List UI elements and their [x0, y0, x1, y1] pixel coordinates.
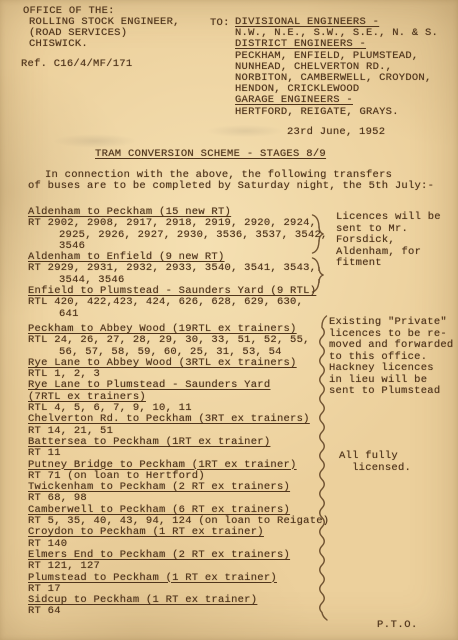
- transfer-section: Peckham to Abbey Wood (19RTL ex trainers…: [28, 324, 350, 358]
- route-heading: Sidcup to Peckham (1 RT ex trainer): [28, 595, 350, 606]
- route-heading: Battersea to Peckham (1RT ex trainer): [28, 437, 350, 448]
- curly-brace-icon: [311, 214, 326, 256]
- annotation-line: fitment: [336, 258, 441, 270]
- transfer-list: Aldenham to Peckham (15 new RT)RT 2902, …: [28, 207, 350, 618]
- intro-line: of buses are to be completed by Saturday…: [28, 181, 434, 192]
- document-date: 23rd June, 1952: [287, 126, 385, 138]
- transfer-section: Twickenham to Peckham (2 RT ex trainers)…: [28, 482, 350, 505]
- transfer-section: Battersea to Peckham (1RT ex trainer)RT …: [28, 437, 350, 460]
- annotation-line: Forsdick,: [336, 235, 441, 247]
- vehicle-numbers-line: RT 2902, 2908, 2917, 2918, 2919, 2920, 2…: [28, 218, 350, 229]
- vehicle-numbers-line: RTL 420, 422,423, 424, 626, 628, 629, 63…: [28, 297, 350, 308]
- curly-brace-icon: [311, 257, 326, 295]
- reference-number: Ref. C16/4/MF/171: [21, 58, 132, 70]
- annotation-line: Hackney licences: [329, 363, 453, 375]
- sender-address-block: OFFICE OF THE:ROLLING STOCK ENGINEER,(RO…: [23, 6, 180, 50]
- transfer-section: Rye Lane to Abbey Wood (3RTL ex trainers…: [28, 358, 350, 381]
- annotation-note: Existing "Private"licences to be re-move…: [329, 317, 453, 398]
- transfer-section: Plumstead to Peckham (1 RT ex trainer)RT…: [28, 573, 350, 596]
- annotation-line: sent to Plumstead: [329, 386, 453, 398]
- annotation-line: moved and forwarded: [329, 340, 453, 352]
- pto-label: P.T.O.: [377, 619, 418, 631]
- vehicle-numbers-line: RT 64: [28, 606, 350, 617]
- to-label: TO:: [210, 17, 230, 29]
- route-heading: Chelverton Rd. to Peckham (3RT ex traine…: [28, 414, 350, 425]
- route-heading: Plumstead to Peckham (1 RT ex trainer): [28, 573, 350, 584]
- vehicle-numbers-line: RTL 24, 26, 27, 28, 29, 30, 33, 51, 52, …: [28, 335, 350, 346]
- office-lines: OFFICE OF THE:ROLLING STOCK ENGINEER,(RO…: [23, 6, 180, 50]
- annotation-note: All fully licensed.: [339, 451, 411, 474]
- transfer-section: Aldenham to Peckham (15 new RT)RT 2902, …: [28, 207, 350, 252]
- intro-paragraph: In connection with the above, the follow…: [28, 170, 434, 193]
- annotation-line: All fully: [339, 451, 411, 463]
- transfer-section: Putney Bridge to Peckham (1RT ex trainer…: [28, 460, 350, 483]
- transfer-section: Camberwell to Peckham (6 RT ex trainers)…: [28, 505, 350, 528]
- transfer-section: Rye Lane to Plumstead - Saunders Yard(7R…: [28, 380, 350, 414]
- recipient-line: HERTFORD, REIGATE, GRAYS.: [235, 107, 438, 118]
- vehicle-numbers-line: 641: [28, 309, 350, 320]
- annotation-line: Licences will be: [336, 212, 441, 224]
- transfer-section: Sidcup to Peckham (1 RT ex trainer)RT 64: [28, 595, 350, 618]
- annotation-note: Licences will besent to Mr.Forsdick,Alde…: [336, 212, 441, 270]
- document-title: TRAM CONVERSION SCHEME - STAGES 8/9: [95, 148, 326, 160]
- document-page: OFFICE OF THE:ROLLING STOCK ENGINEER,(RO…: [0, 0, 458, 640]
- route-heading: Croydon to Peckham (1 RT ex trainer): [28, 527, 350, 538]
- recipients-block: DIVISIONAL ENGINEERS -N.W., N.E., S.W., …: [235, 17, 438, 118]
- annotation-line: licensed.: [339, 463, 411, 475]
- recipient-line: GARAGE ENGINEERS -: [235, 95, 438, 106]
- recipient-line: DISTRICT ENGINEERS -: [235, 39, 438, 50]
- transfer-section: Enfield to Plumstead - Saunders Yard (9 …: [28, 286, 350, 320]
- office-line: CHISWICK.: [23, 39, 180, 50]
- vehicle-numbers-line: RT 121, 127: [28, 561, 350, 572]
- transfer-section: Elmers End to Peckham (2 RT ex trainers)…: [28, 550, 350, 573]
- transfer-section: Chelverton Rd. to Peckham (3RT ex traine…: [28, 414, 350, 437]
- transfer-section: Croydon to Peckham (1 RT ex trainer)RT 1…: [28, 527, 350, 550]
- vehicle-numbers-line: RT 11: [28, 448, 350, 459]
- transfer-section: Aldenham to Enfield (9 new RT)RT 2929, 2…: [28, 252, 350, 286]
- annotation-line: Existing "Private": [329, 317, 453, 329]
